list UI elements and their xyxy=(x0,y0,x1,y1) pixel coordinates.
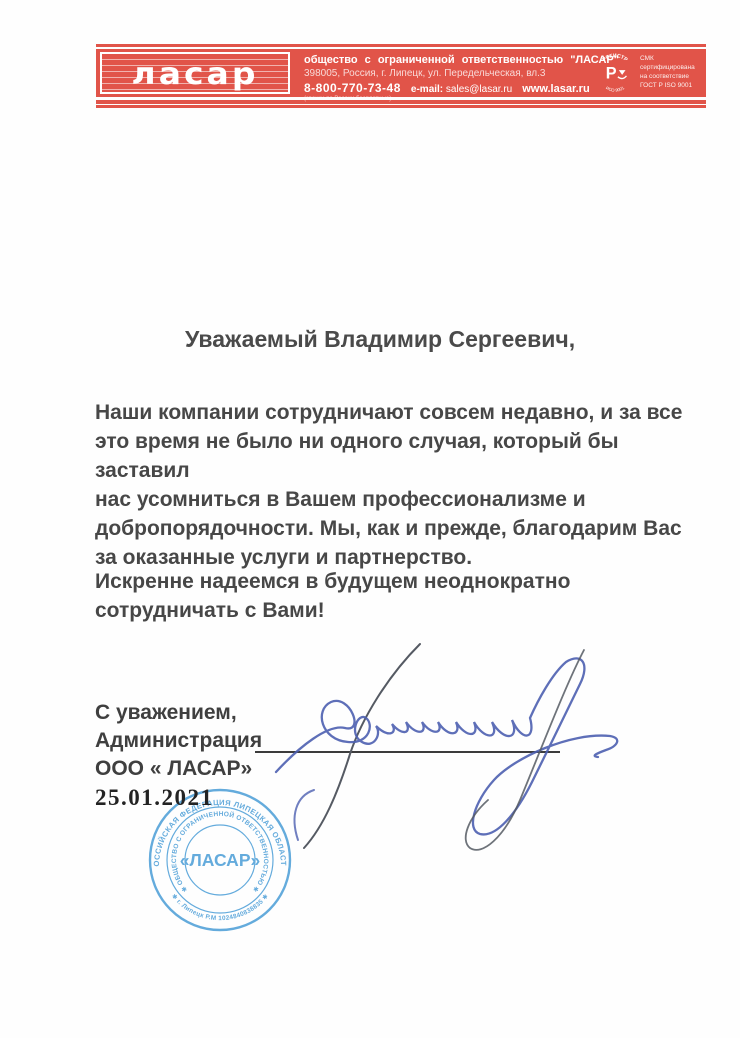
svg-text:ИСО 9001: ИСО 9001 xyxy=(605,85,626,93)
letterhead-top-rule xyxy=(96,44,706,47)
email-label: e-mail: xyxy=(411,84,443,95)
company-logo-text: ласар xyxy=(132,58,259,88)
svg-text:✱ г. Липецк Р.М 102484083883: ✱ г. Липецк Р.М 1024840838835 ✱ xyxy=(170,893,270,922)
register-certification-icon: РЕГИСТР ИСО 9001 Р xyxy=(594,52,636,94)
cert-text-line3: ГОСТ Р ISO 9001 xyxy=(640,82,702,91)
svg-text:Р: Р xyxy=(606,65,617,83)
letterhead-bottom-rule-2 xyxy=(96,105,706,108)
company-logo: ласар xyxy=(100,52,290,94)
cert-check-glyph xyxy=(619,70,626,75)
certification-text: СМК сертифицирована на соответствие ГОСТ… xyxy=(640,55,702,90)
phone-note: (звонки по России бесплатные) xyxy=(304,96,588,102)
company-name-line: общество с ограниченной ответственностью… xyxy=(304,54,588,66)
website-url: www.lasar.ru xyxy=(522,83,589,95)
svg-text:РЕГИСТР: РЕГИСТР xyxy=(602,53,629,63)
certification-block: РЕГИСТР ИСО 9001 Р СМК сертифицирована н… xyxy=(594,49,706,97)
stamp-center-text: «ЛАСАР» xyxy=(180,850,260,870)
scanned-letter-page: ласар общество с ограниченной ответствен… xyxy=(0,0,740,1038)
signature-line xyxy=(255,751,560,753)
email-address: sales@lasar.ru xyxy=(446,84,512,95)
letter-greeting: Уважаемый Владимир Сергеевич, xyxy=(185,326,575,353)
cert-text-line2: на соответствие xyxy=(640,73,702,82)
cert-text-line1: СМК сертифицирована xyxy=(640,55,702,73)
letterhead-band: ласар общество с ограниченной ответствен… xyxy=(96,49,706,97)
signoff-block: С уважением, Администрация ООО « ЛАСАР» … xyxy=(95,699,262,813)
company-address-line: 398005, Россия, г. Липецк, ул. Передельч… xyxy=(304,68,588,79)
company-contacts-line: 8-800-770-73-48 e-mail: sales@lasar.ru w… xyxy=(304,81,588,95)
letter-paragraph-1: Наши компании сотрудничают совсем недавн… xyxy=(95,398,715,572)
letter-paragraph-2: Искренне надеемся в будущем неоднократно… xyxy=(95,567,715,625)
letter-date: 25.01.2021 xyxy=(95,783,262,813)
signoff-regards: С уважением, xyxy=(95,699,262,727)
handwritten-signature xyxy=(268,640,633,855)
letterhead-contact-block: общество с ограниченной ответственностью… xyxy=(290,49,594,97)
signoff-company: ООО « ЛАСАР» xyxy=(95,755,262,783)
phone-number: 8-800-770-73-48 xyxy=(304,81,401,95)
signoff-administration: Администрация xyxy=(95,727,262,755)
email-line: e-mail: sales@lasar.ru xyxy=(411,84,512,95)
letterhead: ласар общество с ограниченной ответствен… xyxy=(96,44,706,108)
